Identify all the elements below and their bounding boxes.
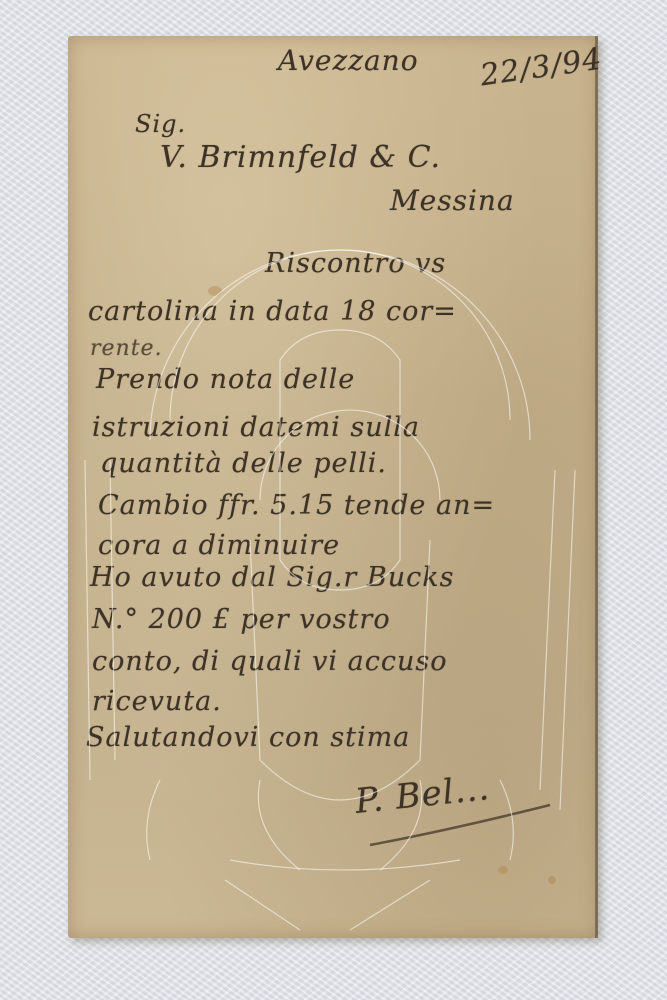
body-line: cartolina in data 18 cor=	[88, 296, 457, 327]
body-line: istruzioni datemi sulla	[92, 412, 420, 443]
header-place: Avezzano	[278, 44, 419, 77]
foxing-spot	[208, 286, 222, 296]
body-line: Salutandovi con stima	[86, 722, 410, 753]
body-line: Prendo nota delle	[96, 364, 355, 395]
body-line: Cambio ffr. 5.15 tende an=	[98, 490, 495, 521]
foxing-spot	[498, 866, 508, 874]
signature-flourish	[360, 800, 560, 860]
addressee-salutation: Sig.	[135, 110, 186, 138]
body-line: Riscontro vs	[265, 248, 446, 279]
addressee-name: V. Brimnfeld & C.	[160, 140, 441, 175]
foxing-spot	[548, 876, 556, 884]
body-line: quantità delle pelli.	[100, 448, 387, 479]
body-line: N.° 200 £ per vostro	[92, 604, 391, 635]
body-line: conto, di quali vi accuso	[92, 646, 447, 677]
body-line: Ho avuto dal Sig.r Bucks	[90, 562, 454, 593]
addressee-city: Messina	[390, 184, 515, 217]
body-line: cora a diminuire	[98, 530, 340, 561]
body-line: ricevuta.	[92, 686, 222, 717]
body-line: rente.	[90, 336, 163, 361]
